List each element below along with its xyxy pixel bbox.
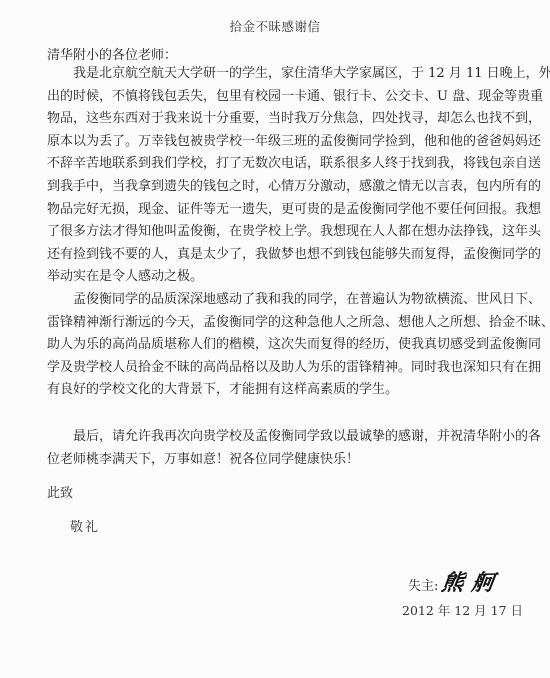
- text-line: 不辞辛苦地联系到我们学校，打了无数次电话，联系很多人终于找到我，将钱包亲自送: [47, 153, 507, 176]
- signer-label: 失主:: [408, 575, 438, 594]
- salutation: 清华附小的各位老师：: [47, 44, 177, 63]
- text-line: 原本以为丢了。万幸钱包被贵学校一年级三班的孟俊衡同学捡到，他和他的爸爸妈妈还: [47, 131, 507, 154]
- paragraph-2: 孟俊衡同学的品质深深地感动了我和我的同学，在普遍认为物欲横流、世风日下、 雷锋精…: [47, 289, 507, 402]
- signer-block: 失主: 熊舸: [408, 566, 502, 597]
- text-line: 学及贵学校人员拾金不昧的高尚品格以及助人为乐的雷锋精神。同时我也深知只有在拥: [47, 357, 507, 380]
- text-line: 助人为乐的高尚品质堪称人们的楷模，这次失而复得的经历，使我真切感受到孟俊衡同: [47, 334, 507, 357]
- letter-title: 拾金不昧感谢信: [0, 17, 550, 35]
- text-line: 还有捡到钱不要的人，真是太少了，我做梦也想不到钱包能够失而复得，孟俊衡同学的: [47, 244, 507, 267]
- text-line: 举动实在是令人感动之极。: [47, 266, 507, 289]
- text-line: 我是北京航空航天大学研一的学生，家住清华大学家属区，于 12 月 11 日晚上，…: [47, 63, 507, 86]
- closing: 此致: [47, 482, 73, 501]
- text-line: 最后，请允许我再次向贵学校及孟俊衡同学致以最诚挚的感谢，并祝清华附小的各: [47, 426, 507, 449]
- text-line: 有良好的学校文化的大背景下，才能拥有这样高素质的学生。: [47, 379, 507, 402]
- text-line: 物品，这些东西对于我来说十分重要，当时我万分焦急，四处找寻，却怎么也找不到，: [47, 108, 507, 131]
- paragraph-3: 最后，请允许我再次向贵学校及孟俊衡同学致以最诚挚的感谢，并祝清华附小的各 位老师…: [47, 426, 507, 471]
- text-line: 雷锋精神渐行渐远的今天，孟俊衡同学的这种急他人之所急、想他人之所想、拾金不昧、: [47, 312, 507, 335]
- letter-date: 2012 年 12 月 17 日: [402, 601, 523, 619]
- text-line: 出的时候，不慎将钱包丢失，包里有校园一卡通、银行卡、公交卡、U 盘、现金等贵重: [47, 86, 507, 109]
- letter-page: 拾金不昧感谢信 清华附小的各位老师： 我是北京航空航天大学研一的学生，家住清华大…: [0, 0, 550, 678]
- handwritten-signature: 熊舸: [440, 566, 504, 597]
- regards: 敬礼: [70, 516, 100, 535]
- text-line: 了很多方法才得知他叫孟俊衡，在贵学校上学。我想现在人人都在想办法挣钱，这年头: [47, 221, 507, 244]
- text-line: 位老师桃李满天下，万事如意！祝各位同学健康快乐！: [47, 449, 507, 472]
- text-line: 物品完好无损，现金、证件等无一遗失，更可贵的是孟俊衡同学他不要任何回报。我想: [47, 199, 507, 222]
- paragraph-1: 我是北京航空航天大学研一的学生，家住清华大学家属区，于 12 月 11 日晚上，…: [47, 63, 507, 289]
- text-line: 到我手中，当我拿到遗失的钱包之时，心情万分激动，感激之情无以言表，包内所有的: [47, 176, 507, 199]
- text-line: 孟俊衡同学的品质深深地感动了我和我的同学，在普遍认为物欲横流、世风日下、: [47, 289, 507, 312]
